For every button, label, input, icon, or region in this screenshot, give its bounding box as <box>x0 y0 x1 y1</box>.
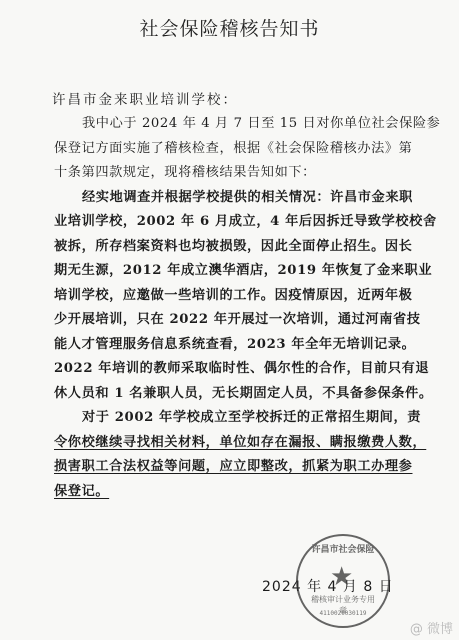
watermark: @ 微博 <box>410 618 453 637</box>
body-line: 保登记方面实施了稽核检查，根据《社会保险稽核办法》第 <box>54 137 406 162</box>
body-line: 保登记。 <box>54 480 406 505</box>
salutation: 许昌市金来职业培训学校： <box>52 88 238 108</box>
body-line: 对于 2002 年学校成立至学校拆迁的正常招生期间，责 <box>54 406 406 431</box>
body-line: 十条第四款规定，现将稽核结果告知如下： <box>54 161 406 186</box>
body-line: 休人员和 1 名兼职人员，无长期固定人员，不具备参保条件。 <box>54 382 406 407</box>
document-body: 我中心于 2024 年 4 月 7 日至 15 日对你单位社会保险参保登记方面实… <box>54 112 406 504</box>
body-line: 损害职工合法权益等问题，应立即整改，抓紧为职工办理参 <box>54 455 406 480</box>
star-icon: ★ <box>330 562 353 592</box>
document-title: 社会保险稽核告知书 <box>0 14 459 41</box>
seal-number: 4110020030119 <box>310 610 376 617</box>
body-line: 被拆，所存档案资料也均被损毁，因此全面停止招生。因长 <box>54 235 406 260</box>
body-line: 我中心于 2024 年 4 月 7 日至 15 日对你单位社会保险参 <box>54 112 406 137</box>
seal-top-text: 许昌市社会保险 <box>306 542 380 555</box>
body-line: 能人才管理服务信息系统查看，2023 年全年无培训记录。 <box>54 333 406 358</box>
body-line: 培训学校，应邀做一些培训的工作。因疫情原因，近两年极 <box>54 284 406 309</box>
document-page: 社会保险稽核告知书 许昌市金来职业培训学校： 我中心于 2024 年 4 月 7… <box>0 0 459 640</box>
body-line: 少开展培训，只在 2022 年开展过一次培训，通过河南省技 <box>54 308 406 333</box>
body-line: 令你校继续寻找相关材料，单位如存在漏报、瞒报缴费人数， <box>54 431 406 456</box>
official-seal: 许昌市社会保险 ★ 稽核审计业务专用章 4110020030119 <box>296 534 390 628</box>
body-line: 经实地调查并根据学校提供的相关情况：许昌市金来职 <box>54 186 406 211</box>
body-line: 期无生源，2012 年成立澳华酒店，2019 年恢复了金来职业 <box>54 259 406 284</box>
body-line: 业培训学校，2002 年 6 月成立，4 年后因拆迁导致学校校舍 <box>54 210 406 235</box>
body-line: 2022 年培训的教师采取临时性、偶尔性的合作，目前只有退 <box>54 357 406 382</box>
